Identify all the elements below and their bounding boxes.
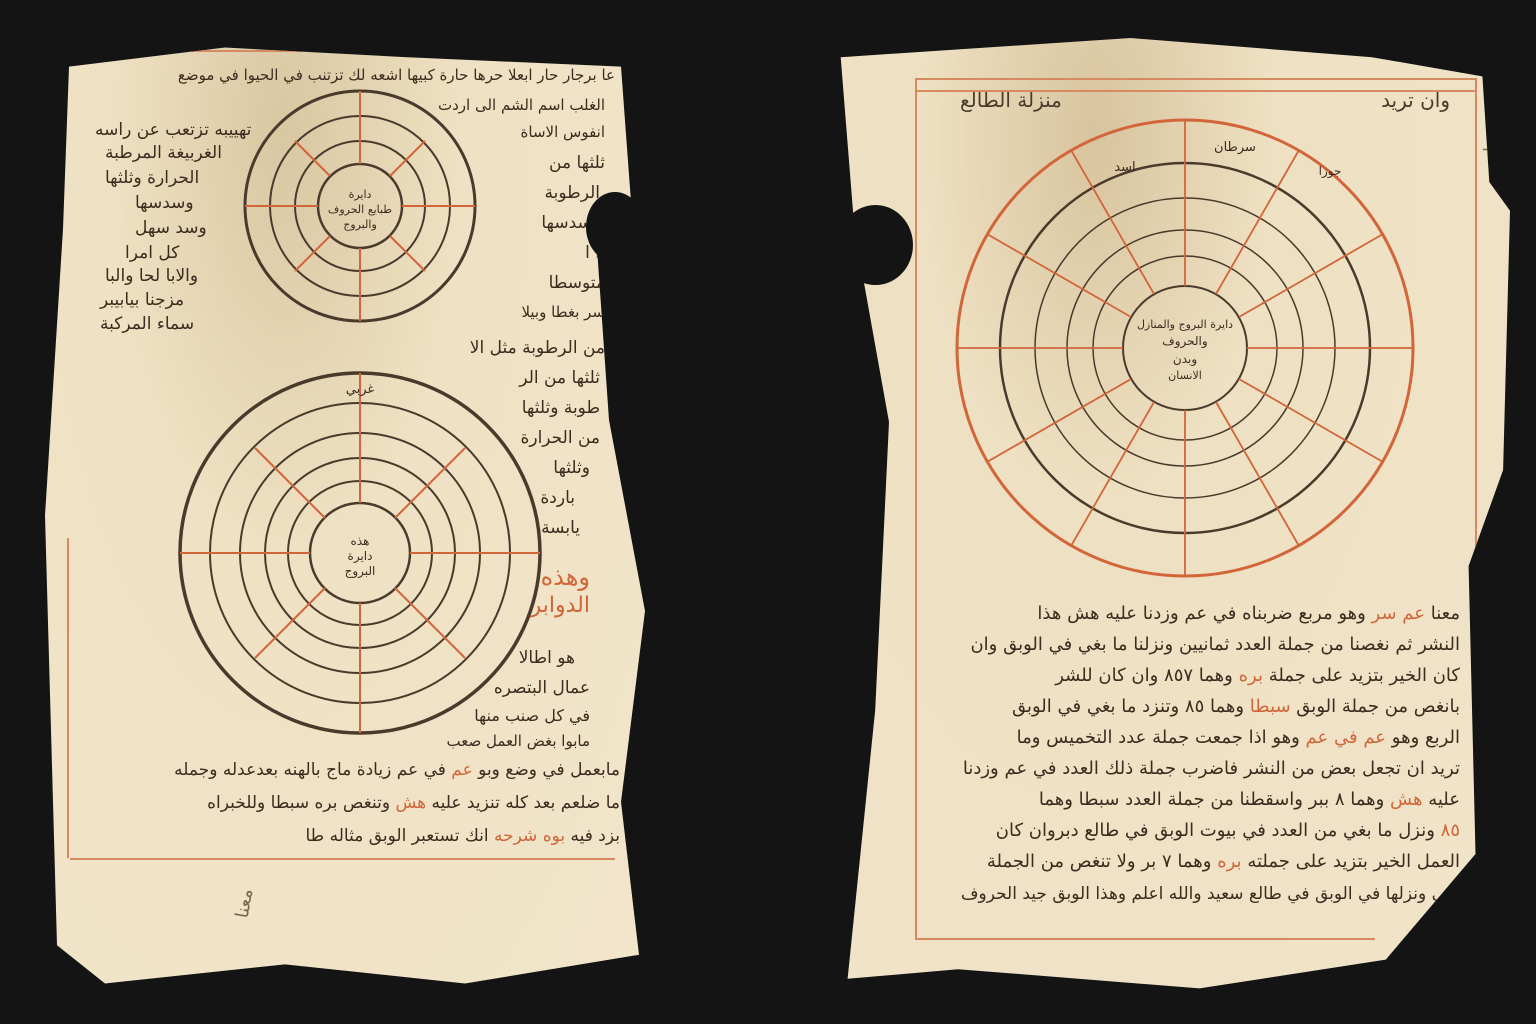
damage-hole — [586, 192, 644, 262]
svg-text:وبدن: وبدن — [1173, 352, 1197, 367]
left-border-rule — [915, 78, 917, 938]
text-line: شي ونزلها في الوبق في طالع سعيد والله اع… — [961, 884, 1460, 904]
header-right: وان تريد — [1381, 88, 1450, 112]
text-line: الربع وهو عم في عم وهو اذا جمعت جملة عدد… — [1017, 727, 1460, 748]
text-line: كان الخير بتزيد على جملة بره وهما ٨٥٧ وا… — [1055, 665, 1460, 686]
top-border-rule — [65, 50, 620, 52]
svg-text:اسد: اسد — [1114, 160, 1135, 175]
margin-note: معنا — [232, 887, 258, 919]
svg-text:غربي: غربي — [346, 382, 375, 397]
svg-text:طبايع الحروف: طبايع الحروف — [328, 203, 392, 216]
svg-text:هذه: هذه — [351, 534, 370, 548]
left-border-rule — [67, 538, 69, 858]
svg-text:جوزا: جوزا — [1319, 164, 1342, 179]
text-line: العمل الخير بتزيد على جملته بره وهما ٧ ب… — [987, 851, 1460, 872]
left-manuscript-page: عا برجار حار ابعلا حرها حارة كبيها اشعه … — [45, 38, 645, 993]
text-line: النشر ثم نغصنا من جملة العدد ثمانيين ونز… — [970, 634, 1460, 655]
mansions-zodiac-diagram: دايرة البروج والمنازل والحروف وبدن الانس… — [945, 113, 1425, 593]
margin-note: معنا — [1481, 124, 1501, 152]
svg-text:دايرة البروج والمنازل: دايرة البروج والمنازل — [1137, 318, 1233, 331]
zodiac-letters-diagram: دايرة طبايع الحروف والبروج — [240, 86, 480, 326]
svg-text:سرطان: سرطان — [1214, 140, 1256, 155]
text-line: عليه هش وهما ٨ ببر واسقطنا من جملة العدد… — [1039, 789, 1460, 810]
top-text-line-1: عا برجار حار ابعلا حرها حارة كبيها اشعه … — [178, 66, 615, 84]
bottom-text-line-2: ما ضلعم بعد كله تنزيد عليه هش وتنغص بره … — [207, 793, 620, 813]
top-border-rule — [915, 78, 1475, 80]
bottom-text-line-1: مابعمل في وضع وبو عم في عم زيادة ماج بال… — [174, 760, 620, 780]
svg-text:دايرة: دايرة — [349, 188, 372, 201]
text-line: معنا عم سر وهو مربع ضربناه في عم وزدنا ع… — [1037, 603, 1460, 624]
text-line: بانغص من جملة الوبق سبطا وهما ٨٥ وتنزد م… — [1012, 696, 1460, 717]
right-border-rule — [1475, 78, 1477, 618]
bottom-text-line-3: بزد فيه بوه شرحه انك تستعبر الوبق مثاله … — [305, 826, 620, 846]
text-line: ٨٥ ونزل ما بغي من العدد في بيوت الوبق في… — [996, 820, 1460, 841]
damage-hole — [838, 205, 913, 285]
svg-text:البروج: البروج — [345, 564, 376, 579]
right-manuscript-page: منزلة الطالع وان تريد معنا دايرة البروج … — [820, 38, 1510, 998]
bottom-border-rule — [915, 938, 1375, 940]
svg-text:دايرة: دايرة — [348, 549, 373, 564]
svg-text:والحروف: والحروف — [1162, 334, 1207, 349]
top-text-line-3: انفوس الاساة — [521, 123, 605, 141]
bottom-border-rule — [70, 858, 615, 860]
zodiac-circle-diagram: غربي هذه دايرة البروج — [165, 363, 565, 753]
text-line: تريد ان تجعل بعض من النشر فاضرب جملة ذلك… — [963, 758, 1460, 779]
svg-text:والبروج: والبروج — [343, 218, 377, 231]
header-left: منزلة الطالع — [960, 88, 1062, 112]
svg-text:الانسان: الانسان — [1168, 369, 1202, 382]
